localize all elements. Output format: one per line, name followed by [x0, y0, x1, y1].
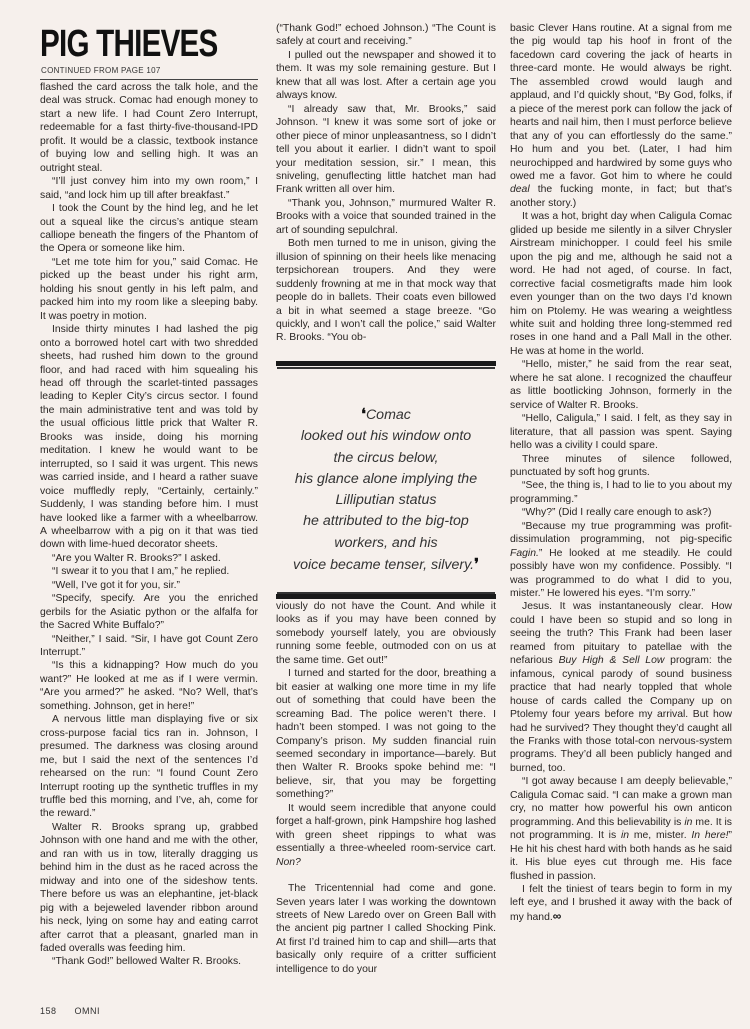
paragraph: Jesus. It was instantaneously clear. How…: [510, 600, 732, 775]
paragraph: viously do not have the Count. And while…: [276, 600, 496, 667]
pullquote-line: the circus below,: [276, 448, 496, 469]
text-column-1: flashed the card across the talk hole, a…: [40, 81, 258, 969]
continued-from-note: CONTINUED FROM PAGE 107: [41, 66, 161, 75]
paragraph-text: It would seem incredible that anyone cou…: [276, 803, 496, 854]
paragraph: “I already saw that, Mr. Brooks,” said J…: [276, 103, 496, 197]
paragraph: “Specify, specify. Are you the enriched …: [40, 592, 258, 632]
paragraph: basic Clever Hans routine. At a signal f…: [510, 22, 732, 210]
paragraph: “Well, I’ve got it for you, sir.”: [40, 579, 258, 592]
pullquote-line: his glance alone implying the: [276, 469, 496, 490]
paragraph: “See, the thing is, I had to lie to you …: [510, 479, 732, 506]
paragraph-text: “Because my true programming was profit-…: [510, 521, 732, 545]
paragraph-text: me, mister.: [629, 830, 691, 841]
paragraph: “Are you Walter R. Brooks?” I asked.: [40, 552, 258, 565]
paragraph-text: basic Clever Hans routine. At a signal f…: [510, 23, 732, 182]
paragraph: “Is this a kidnapping? How much do you w…: [40, 659, 258, 713]
paragraph: “Because my true programming was profit-…: [510, 520, 732, 601]
italic-text: in: [621, 830, 629, 841]
paragraph: “I swear it to you that I am,” he replie…: [40, 565, 258, 578]
page-footer: 158OMNI: [40, 1006, 118, 1016]
paragraph: “Thank you, Johnson,” murmured Walter R.…: [276, 197, 496, 237]
end-of-story-icon: ∞: [553, 909, 560, 923]
text-column-3: basic Clever Hans routine. At a signal f…: [510, 22, 732, 924]
paragraph: Both men turned to me in unison, giving …: [276, 237, 496, 345]
page-number: 158: [40, 1006, 57, 1016]
paragraph: flashed the card across the talk hole, a…: [40, 81, 258, 175]
paragraph-text: the fucking monte, in fact; but that’s a…: [510, 184, 732, 208]
text-column-2-bottom: viously do not have the Count. And while…: [276, 600, 496, 976]
paragraph: Inside thirty minutes I had lashed the p…: [40, 323, 258, 552]
paragraph: A nervous little man displaying five or …: [40, 713, 258, 821]
magazine-page: PIG THIEVES CONTINUED FROM PAGE 107 flas…: [0, 0, 750, 1029]
paragraph: “Why?” (Did I really care enough to ask?…: [510, 506, 732, 519]
paragraph-text: program: the infamous, cynical parody of…: [510, 655, 732, 774]
paragraph-text: ” He looked at me steadily. He could pos…: [510, 548, 732, 599]
pullquote: ❛Comac looked out his window onto the ci…: [276, 404, 496, 576]
italic-text: Fagin.: [510, 548, 539, 559]
pullquote-line: he attributed to the big-top: [276, 511, 496, 532]
paragraph: I pulled out the newspaper and showed it…: [276, 49, 496, 103]
italic-text: In here!: [691, 830, 728, 841]
pullquote-line: looked out his window onto: [276, 426, 496, 447]
paragraph: “Let me tote him for you,” said Comac. H…: [40, 256, 258, 323]
paragraph: “I’ll just convey him into my own room,”…: [40, 175, 258, 202]
magazine-name: OMNI: [75, 1006, 101, 1016]
paragraph: (“Thank God!” echoed Johnson.) “The Coun…: [276, 22, 496, 49]
pullquote-line: Comac: [366, 407, 411, 423]
italic-text: Buy High & Sell Low: [559, 655, 665, 666]
paragraph: Three minutes of silence followed, punct…: [510, 453, 732, 480]
paragraph: “I got away because I am deeply believab…: [510, 775, 732, 883]
paragraph: “Neither,” I said. “Sir, I have got Coun…: [40, 633, 258, 660]
section-break-paragraph: The Tricentennial had come and gone. Sev…: [276, 882, 496, 976]
paragraph: “Hello, mister,” he said from the rear s…: [510, 358, 732, 412]
close-quote-icon: ❜: [474, 556, 479, 573]
paragraph: I took the Count by the hind leg, and he…: [40, 202, 258, 256]
paragraph: “Thank God!” bellowed Walter R. Brooks.: [40, 955, 258, 968]
paragraph: It would seem incredible that anyone cou…: [276, 802, 496, 869]
pullquote-line: Lilliputian status: [276, 490, 496, 511]
italic-text: Non?: [276, 857, 301, 868]
paragraph: I felt the tiniest of tears begin to for…: [510, 883, 732, 924]
pullquote-rule-top: [276, 361, 496, 367]
title-divider: [40, 79, 258, 80]
article-title: PIG THIEVES: [40, 24, 218, 64]
pullquote-line: voice became tenser, silvery.: [293, 557, 474, 573]
paragraph: “Hello, Caligula,” I said. I felt, as th…: [510, 412, 732, 452]
text-column-2-top: (“Thank God!” echoed Johnson.) “The Coun…: [276, 22, 496, 345]
pullquote-rule-bottom: [276, 594, 496, 599]
paragraph-text: I felt the tiniest of tears begin to for…: [510, 884, 732, 923]
paragraph: I turned and started for the door, breat…: [276, 667, 496, 802]
paragraph: Walter R. Brooks sprang up, grabbed John…: [40, 821, 258, 956]
paragraph: It was a hot, bright day when Caligula C…: [510, 210, 732, 358]
italic-text: deal: [510, 184, 530, 195]
pullquote-line: workers, and his: [276, 533, 496, 554]
